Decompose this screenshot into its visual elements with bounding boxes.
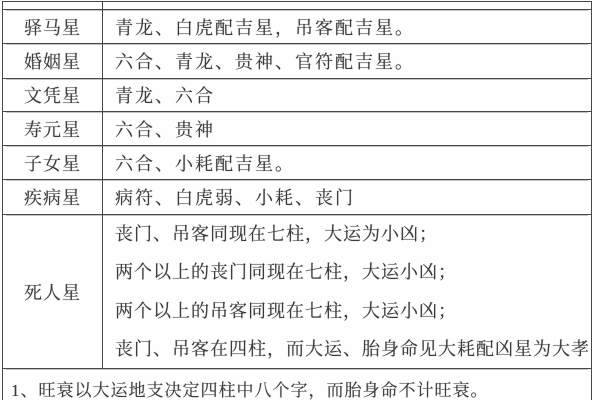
table-row-children-star: 子女星 六合、小耗配吉星。 [3, 146, 591, 180]
row-content: 青龙、六合 [103, 79, 591, 111]
scanned-document-page: 驿马星 青龙、白虎配吉星，吊客配吉星。 婚姻星 六合、青龙、贵神、官符配吉星。 … [0, 0, 600, 400]
row-content: 病符、白虎弱、小耗、丧门 [103, 180, 591, 214]
row-content-cell [103, 2, 591, 9]
row-label: 婚姻星 [3, 44, 103, 78]
row-content: 六合、小耗配吉星。 [103, 146, 591, 179]
table-row-marriage-star: 婚姻星 六合、青龙、贵神、官符配吉星。 [3, 44, 591, 79]
clipped-top-row [3, 2, 591, 10]
row-label: 寿元星 [3, 112, 103, 145]
table-row-death-star: 死人星 丧门、吊客同现在七柱，大运为小凶； 两个以上的丧门同现在七柱，大运小凶；… [3, 215, 591, 369]
row-label: 驿马星 [3, 10, 103, 43]
row-content: 六合、贵神 [103, 112, 591, 145]
row-content: 六合、青龙、贵神、官符配吉星。 [103, 44, 591, 78]
row-label: 死人星 [3, 215, 103, 368]
footnote-row: 1、旺衰以大运地支决定四柱中八个字，而胎身命不计旺衰。 [3, 369, 591, 400]
death-star-line-1: 丧门、吊客同现在七柱，大运为小凶； [115, 215, 591, 253]
table-row-longevity-star: 寿元星 六合、贵神 [3, 112, 591, 146]
row-label: 疾病星 [3, 180, 103, 214]
table-row-diploma-star: 文凭星 青龙、六合 [3, 79, 591, 112]
death-star-line-2: 两个以上的丧门同现在七柱，大运小凶； [115, 253, 591, 291]
row-label-cell [3, 2, 103, 9]
table-row-post-horse-star: 驿马星 青龙、白虎配吉星，吊客配吉星。 [3, 10, 591, 44]
death-star-line-4: 丧门、吊客在四柱，而大运、胎身命见大耗配凶星为大孝 [115, 330, 591, 368]
star-table: 驿马星 青龙、白虎配吉星，吊客配吉星。 婚姻星 六合、青龙、贵神、官符配吉星。 … [2, 1, 592, 400]
row-content: 青龙、白虎配吉星，吊客配吉星。 [103, 10, 591, 43]
row-label: 子女星 [3, 146, 103, 179]
table-row-illness-star: 疾病星 病符、白虎弱、小耗、丧门 [3, 180, 591, 215]
death-star-line-3: 两个以上的吊客同现在七柱，大运小凶； [115, 292, 591, 330]
row-label: 文凭星 [3, 79, 103, 111]
row-content-multiline: 丧门、吊客同现在七柱，大运为小凶； 两个以上的丧门同现在七柱，大运小凶； 两个以… [103, 215, 591, 368]
